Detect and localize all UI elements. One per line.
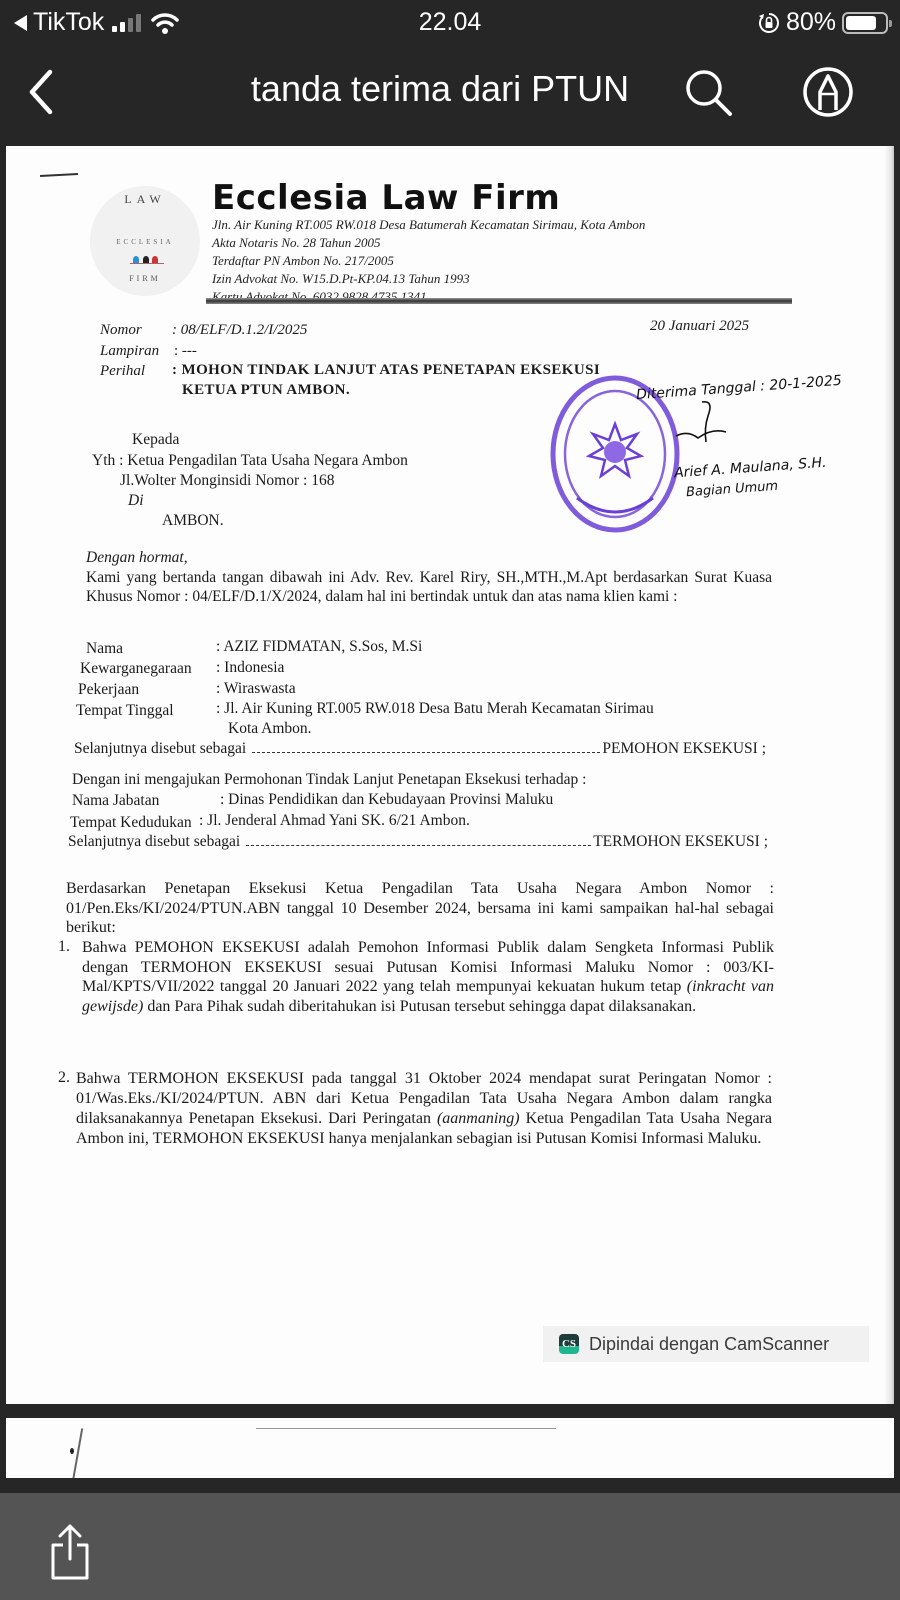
firm-registration: Terdaftar PN Ambon No. 217/2005 [212,252,645,270]
respondent-seat-label: Tempat Kedudukan [70,814,192,832]
logo-top-text: LAW [90,192,200,207]
status-right: 80% [758,8,888,37]
recipient-address: Jl.Wolter Monginsidi Nomor : 168 [120,472,334,490]
recipient-di: Di [128,492,144,510]
intro-paragraph: Kami yang bertanda tangan dibawah ini Ad… [86,568,772,606]
share-icon[interactable] [48,1523,92,1581]
battery-percent: 80% [786,8,836,37]
client-address-value: : Jl. Air Kuning RT.005 RW.018 Desa Batu… [216,700,654,718]
recipient-city: AMBON. [162,512,224,530]
point-2-number: 2. [58,1069,70,1087]
client-nationality-label: Kewarganegaraan [80,660,192,678]
camscanner-logo-icon: CS [559,1334,579,1354]
designation-dashes [246,845,591,846]
firm-license: Izin Advokat No. W15.D.Pt-KP.04.13 Tahun… [212,270,645,288]
signature [668,398,738,448]
designation-party: TERMOHON EKSEKUSI ; [593,833,768,851]
letterhead-divider [206,298,792,304]
logo-emblem [130,254,164,264]
bottom-toolbar [0,1493,900,1600]
status-bar: TikTok 22.04 80% [0,0,900,46]
markup-pen-icon[interactable] [800,64,856,120]
document-page-1[interactable]: LAW ECCLESIA FIRM Ecclesia Law Firm Jln.… [6,146,894,1404]
letter-date: 20 Januari 2025 [650,318,749,335]
nav-bar: tanda terima dari PTUN [0,46,900,138]
client-name-value: : AZIZ FIDMATAN, S.Sos, M.Si [216,638,422,656]
firm-address: Jln. Air Kuning RT.005 RW.018 Desa Batum… [212,216,645,234]
perihal-label: Perihal [100,363,145,380]
respondent-name-label: Nama Jabatan [72,792,159,810]
client-address-cont: Kota Ambon. [228,720,312,738]
lampiran-value: : --- [174,343,197,360]
subject-line-1: : MOHON TINDAK LANJUT ATAS PENETAPAN EKS… [172,362,600,379]
greeting: Dengan hormat, [86,549,188,567]
point-1-number: 1. [58,938,70,956]
designation-label: Selanjutnya disebut sebagai [68,833,240,851]
lampiran-label: Lampiran [100,343,159,360]
client-occupation-label: Pekerjaan [78,681,139,699]
firm-info: Jln. Air Kuning RT.005 RW.018 Desa Batum… [212,216,645,306]
nomor-value: : 08/ELF/D.1.2/I/2025 [172,322,307,339]
designation-label: Selanjutnya disebut sebagai [74,740,246,758]
page-shadow-edge [884,146,894,1404]
nomor-label: Nomor [100,322,142,339]
camscanner-text: Dipindai dengan CamScanner [589,1334,829,1355]
client-occupation-value: : Wiraswasta [216,680,296,698]
document-title: tanda terima dari PTUN [0,68,880,110]
battery-icon [842,12,888,34]
basis-paragraph: Berdasarkan Penetapan Eksekusi Ketua Pen… [66,879,774,938]
subject-line-2: KETUA PTUN AMBON. [182,382,350,399]
respondent-name-value: : Dinas Pendidikan dan Kebudayaan Provin… [220,791,553,809]
rotation-lock-icon [758,12,780,34]
against-intro: Dengan ini mengajukan Permohonan Tindak … [72,771,586,789]
recipient-yth: Yth : Ketua Pengadilan Tata Usaha Negara… [92,452,408,470]
search-icon[interactable] [680,64,736,120]
point-1-text: Bahwa PEMOHON EKSEKUSI adalah Pemohon In… [82,938,774,1016]
scan-dot [70,1448,74,1454]
point-1-text-a: Bahwa PEMOHON EKSEKUSI adalah Pemohon In… [82,939,774,995]
designation-dashes [252,752,600,753]
scan-mark [40,173,78,177]
officer-name-handwriting: Arief A. Maulana, S.H. [674,455,827,482]
officer-role-handwriting: Bagian Umum [686,479,779,500]
client-name-label: Nama [86,640,123,658]
document-page-2[interactable] [6,1418,894,1478]
point-2-text: Bahwa TERMOHON EKSEKUSI pada tanggal 31 … [76,1069,772,1149]
firm-name: Ecclesia Law Firm [212,178,560,218]
point-1-text-b: dan Para Pihak sudah diberitahukan isi P… [143,998,696,1015]
logo-bottom-text: FIRM [90,274,200,283]
designation-party: PEMOHON EKSEKUSI ; [602,740,766,758]
point-2-italic: (aanmaning) [437,1110,520,1127]
client-nationality-value: : Indonesia [216,659,284,677]
recipient-kepada: Kepada [132,431,179,449]
scan-top-line [256,1428,556,1429]
respondent-seat-value: : Jl. Jenderal Ahmad Yani SK. 6/21 Ambon… [199,812,470,830]
firm-logo: LAW ECCLESIA FIRM [90,186,200,296]
client-address-label: Tempat Tinggal [76,702,174,720]
firm-notary: Akta Notaris No. 28 Tahun 2005 [212,234,645,252]
logo-middle-text: ECCLESIA [88,238,202,246]
pemohon-designation: Selanjutnya disebut sebagai PEMOHON EKSE… [74,740,766,758]
camscanner-watermark: CS Dipindai dengan CamScanner [543,1326,869,1362]
termohon-designation: Selanjutnya disebut sebagai TERMOHON EKS… [68,833,768,851]
